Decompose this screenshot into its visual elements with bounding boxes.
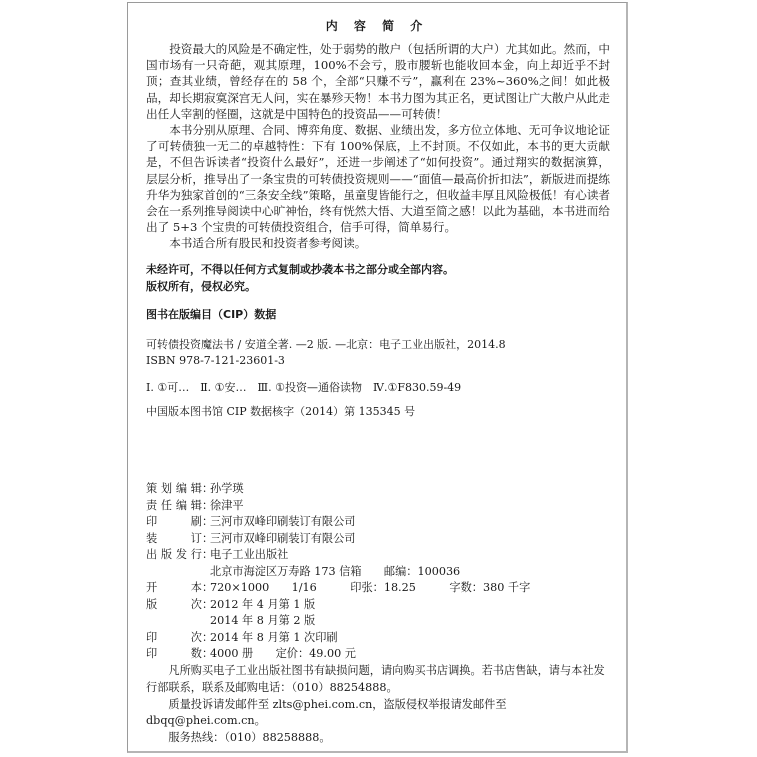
- imprint-label: 版次: [146, 597, 202, 614]
- intro-paragraph-1: 投资最大的风险是不确定性，处于弱势的散户（包括所谓的大户）尤其如此。然而，中国市…: [146, 41, 610, 122]
- imprint-colon: ：: [202, 646, 210, 663]
- cip-heading: 图书在版编目（CIP）数据: [146, 307, 276, 323]
- imprint-label: 策划编辑: [146, 481, 202, 498]
- imprint-colon: ：: [202, 531, 210, 548]
- imprint-value: 4000 册 定价：49.00 元: [210, 646, 356, 663]
- imprint-label-char: 发: [176, 547, 187, 564]
- imprint-label-char: 任: [161, 498, 172, 515]
- imprint-label-char: 划: [161, 481, 172, 498]
- intro-section: 投资最大的风险是不确定性，处于弱势的散户（包括所谓的大户）尤其如此。然而，中国市…: [146, 41, 610, 252]
- imprint-colon: [202, 564, 210, 581]
- imprint-label: 印数: [146, 646, 202, 663]
- intro-paragraph-3: 本书适合所有股民和投资者参考阅读。: [146, 235, 610, 251]
- imprint-label: 责任编辑: [146, 498, 202, 515]
- imprint-colon: ：: [202, 580, 210, 597]
- imprint-colon: ：: [202, 547, 210, 564]
- imprint-label-char: 本: [191, 580, 202, 597]
- imprint-label-char: 出: [146, 547, 157, 564]
- imprint-label: 印次: [146, 630, 202, 647]
- imprint-label: 印刷: [146, 514, 202, 531]
- cip-number: 中国版本图书馆 CIP 数据核字（2014）第 135345 号: [146, 404, 415, 420]
- imprint-label-char: 次: [191, 597, 202, 614]
- imprint-row: 印刷：三河市双峰印刷装订有限公司: [146, 514, 530, 531]
- imprint-value: 三河市双峰印刷装订有限公司: [210, 514, 355, 531]
- page-title: 内 容 简 介: [128, 17, 626, 34]
- footer-hotline: 服务热线：（010）88258888。: [146, 730, 610, 747]
- imprint-label-char: 数: [191, 646, 202, 663]
- imprint-colon: ：: [202, 597, 210, 614]
- imprint-label-char: 辑: [191, 498, 202, 515]
- imprint-row: 2014 年 8 月第 2 版: [146, 613, 530, 630]
- imprint-colon: [202, 613, 210, 630]
- imprint-label-char: 辑: [191, 481, 202, 498]
- imprint-label-char: 开: [146, 580, 157, 597]
- imprint-label: 出版发行: [146, 547, 202, 564]
- imprint-value: 2014 年 8 月第 1 次印刷: [210, 630, 338, 647]
- imprint-row: 印数：4000 册 定价：49.00 元: [146, 646, 530, 663]
- intro-paragraph-2: 本书分别从原理、合同、博弈角度、数据、业绩出发，多方位立体地、无可争议地论证了可…: [146, 122, 610, 235]
- imprint-label-char: 责: [146, 498, 157, 515]
- cip-record: 可转债投资魔法书 / 安道全著. —2 版. —北京：电子工业出版社，2014.…: [146, 337, 506, 353]
- imprint-label-char: 行: [191, 547, 202, 564]
- footer-complaint-email: 质量投诉请发邮件至 zlts@phei.com.cn，盗版侵权举报请发邮件至 d…: [146, 697, 610, 731]
- imprint-label-char: 印: [146, 630, 157, 647]
- imprint-value: 720×1000 1/16 印张：18.25 字数：380 千字: [210, 580, 530, 597]
- imprint-label-char: 次: [191, 630, 202, 647]
- imprint-colon: ：: [202, 498, 210, 515]
- imprint-label-char: 版: [146, 597, 157, 614]
- imprint-row: 版次：2012 年 4 月第 1 版: [146, 597, 530, 614]
- imprint-label-char: 编: [176, 498, 187, 515]
- imprint-label-char: 订: [191, 531, 202, 548]
- imprint-table: 策划编辑：孙学瑛责任编辑：徐津平印刷：三河市双峰印刷装订有限公司装订：三河市双峰…: [146, 481, 530, 663]
- imprint-label-char: 策: [146, 481, 157, 498]
- imprint-value: 2014 年 8 月第 2 版: [210, 613, 315, 630]
- imprint-label: 开本: [146, 580, 202, 597]
- imprint-value: 电子工业出版社: [210, 547, 288, 564]
- imprint-row: 印次：2014 年 8 月第 1 次印刷: [146, 630, 530, 647]
- cip-classification: Ⅰ. ①可… Ⅱ. ①安… Ⅲ. ①投资—通俗读物 Ⅳ.①F830.59-49: [146, 380, 461, 396]
- imprint-value: 2012 年 4 月第 1 版: [210, 597, 315, 614]
- imprint-label-char: 版: [161, 547, 172, 564]
- footer-return-policy: 凡所购买电子工业出版社图书有缺损问题，请向购买书店调换。若书店售缺，请与本社发行…: [146, 663, 610, 697]
- imprint-colon: ：: [202, 630, 210, 647]
- imprint-value: 北京市海淀区万寿路 173 信箱 邮编：100036: [210, 564, 460, 581]
- imprint-value: 孙学瑛: [210, 481, 244, 498]
- cip-isbn: ISBN 978-7-121-23601-3: [146, 353, 285, 369]
- imprint-value: 徐津平: [210, 498, 244, 515]
- imprint-label-char: 印: [146, 514, 157, 531]
- book-page: 内 容 简 介 投资最大的风险是不确定性，处于弱势的散户（包括所谓的大户）尤其如…: [127, 2, 628, 753]
- copyright-notice: 未经许可，不得以任何方式复制或抄袭本书之部分或全部内容。: [146, 262, 454, 278]
- imprint-label-char: 印: [146, 646, 157, 663]
- imprint-label: [146, 613, 202, 630]
- imprint-label: [146, 564, 202, 581]
- imprint-row: 出版发行：电子工业出版社: [146, 547, 530, 564]
- imprint-row: 装订：三河市双峰印刷装订有限公司: [146, 531, 530, 548]
- imprint-row: 北京市海淀区万寿路 173 信箱 邮编：100036: [146, 564, 530, 581]
- imprint-label: 装订: [146, 531, 202, 548]
- imprint-colon: ：: [202, 481, 210, 498]
- imprint-label-char: 刷: [191, 514, 202, 531]
- imprint-row: 开本：720×1000 1/16 印张：18.25 字数：380 千字: [146, 580, 530, 597]
- imprint-colon: ：: [202, 514, 210, 531]
- copyright-rights: 版权所有，侵权必究。: [146, 279, 256, 295]
- imprint-value: 三河市双峰印刷装订有限公司: [210, 531, 355, 548]
- footer-notice: 凡所购买电子工业出版社图书有缺损问题，请向购买书店调换。若书店售缺，请与本社发行…: [146, 663, 610, 747]
- imprint-row: 策划编辑：孙学瑛: [146, 481, 530, 498]
- imprint-row: 责任编辑：徐津平: [146, 498, 530, 515]
- imprint-label-char: 编: [176, 481, 187, 498]
- imprint-label-char: 装: [146, 531, 157, 548]
